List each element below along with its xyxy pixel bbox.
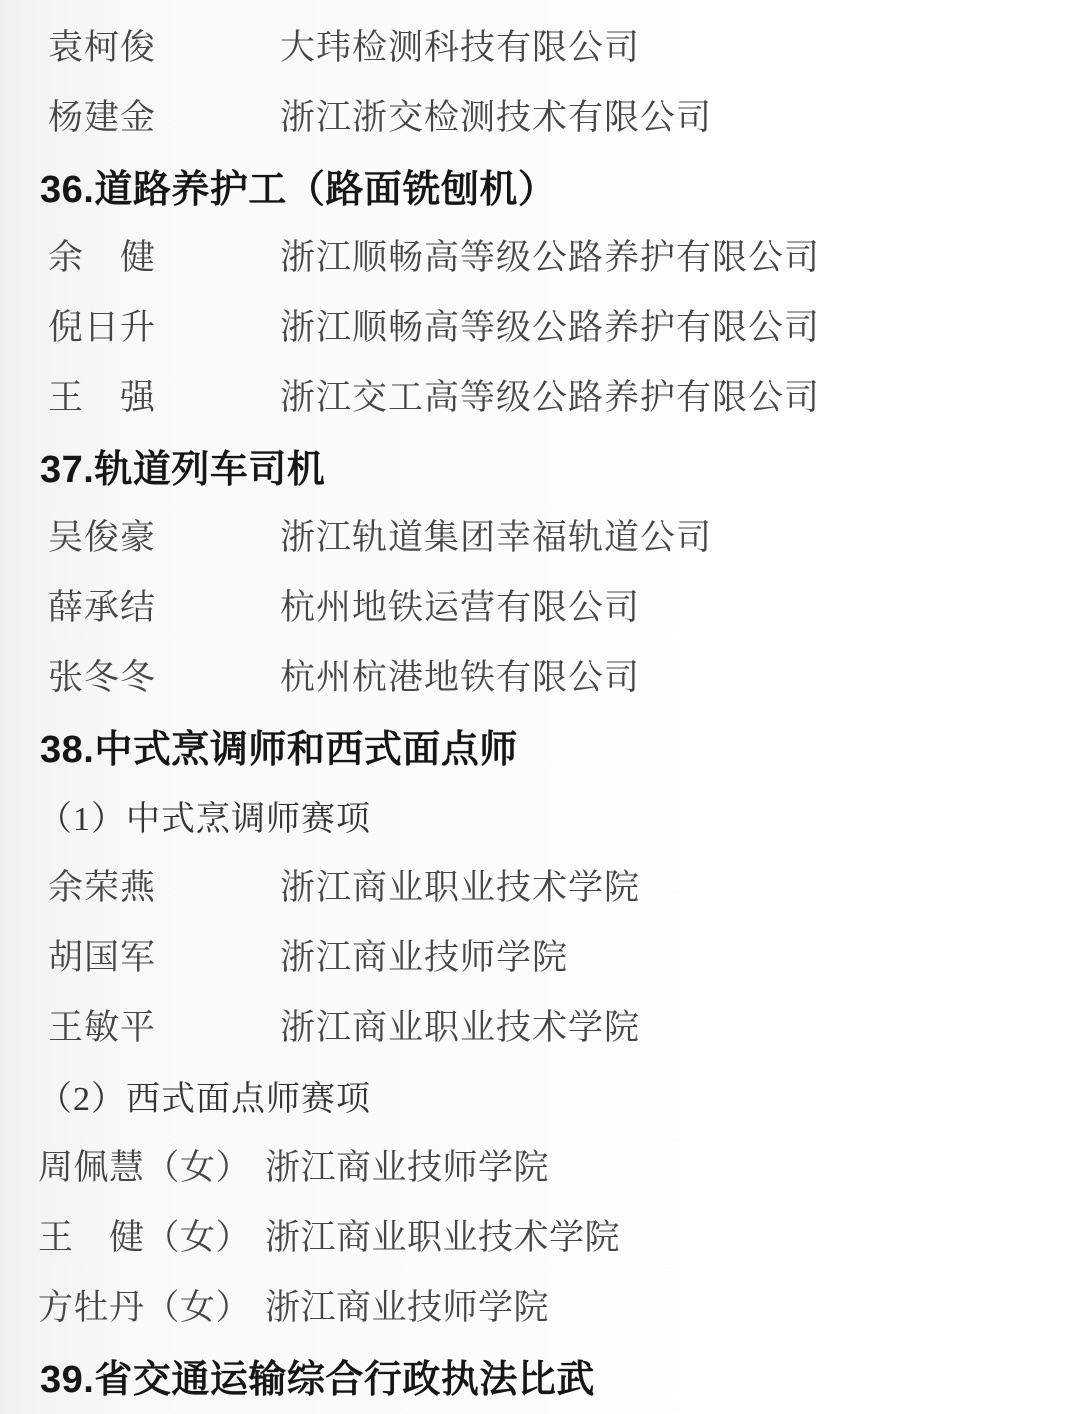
entry-row: 薛承结 杭州地铁运营有限公司 (0, 570, 1080, 640)
entry-name: 袁柯俊 (48, 20, 280, 70)
entry-row: 方牡丹（女） 浙江商业技师学院 (0, 1270, 1080, 1340)
entry-row: 倪日升 浙江顺畅高等级公路养护有限公司 (0, 290, 1080, 360)
entry-company: 杭州地铁运营有限公司 (280, 580, 640, 630)
entry-company: 浙江顺畅高等级公路养护有限公司 (280, 230, 820, 280)
subsection-heading-text: （2）西式面点师赛项 (38, 1071, 371, 1120)
section-heading-text: 38.中式烹调师和西式面点师 (40, 718, 518, 773)
document-page: 袁柯俊 大玮检测科技有限公司 杨建金 浙江浙交检测技术有限公司 36.道路养护工… (0, 0, 1080, 1414)
entry-name: 余荣燕 (48, 860, 280, 910)
section-heading-text: 39.省交通运输综合行政执法比武 (40, 1348, 595, 1403)
entry-name: 杨建金 (48, 90, 280, 140)
entry-row: 王 健（女） 浙江商业职业技术学院 (0, 1200, 1080, 1270)
entry-row: 吴俊豪 浙江轨道集团幸福轨道公司 (0, 500, 1080, 570)
entry-row: 王敏平 浙江商业职业技术学院 (0, 990, 1080, 1060)
entry-name: 胡国军 (48, 930, 280, 980)
entry-company: 浙江交工高等级公路养护有限公司 (280, 370, 820, 420)
entry-company: 浙江商业技师学院 (265, 1280, 549, 1330)
entry-row: 袁柯俊 大玮检测科技有限公司 (0, 10, 1080, 80)
entry-name: 王 强 (48, 370, 280, 420)
section-heading-text: 37.轨道列车司机 (40, 438, 325, 493)
subsection-heading-2: （2）西式面点师赛项 (0, 1060, 1080, 1130)
entry-row: 余 健 浙江顺畅高等级公路养护有限公司 (0, 220, 1080, 290)
subsection-heading-text: （1）中式烹调师赛项 (38, 791, 371, 840)
entry-row: 张冬冬 杭州杭港地铁有限公司 (0, 640, 1080, 710)
section-heading-text: 36.道路养护工（路面铣刨机） (40, 158, 556, 213)
entry-company: 浙江商业技师学院 (280, 930, 568, 980)
entry-row: 胡国军 浙江商业技师学院 (0, 920, 1080, 990)
entry-name: 王敏平 (48, 1000, 280, 1050)
entry-name: 余 健 (48, 230, 280, 280)
entry-company: 浙江轨道集团幸福轨道公司 (280, 510, 712, 560)
entry-name: 方牡丹（女） (38, 1280, 251, 1330)
entry-name: 薛承结 (48, 580, 280, 630)
entry-name: 张冬冬 (48, 650, 280, 700)
entry-company: 浙江商业技师学院 (265, 1140, 549, 1190)
section-heading-36: 36.道路养护工（路面铣刨机） (0, 150, 1080, 220)
entry-company: 浙江商业职业技术学院 (280, 860, 640, 910)
section-heading-38: 38.中式烹调师和西式面点师 (0, 710, 1080, 780)
entry-row: 杨建金 浙江浙交检测技术有限公司 (0, 80, 1080, 150)
entry-name: 倪日升 (48, 300, 280, 350)
entry-company: 浙江顺畅高等级公路养护有限公司 (280, 300, 820, 350)
section-heading-37: 37.轨道列车司机 (0, 430, 1080, 500)
entry-name: 周佩慧（女） (38, 1140, 251, 1190)
entry-company: 大玮检测科技有限公司 (280, 20, 640, 70)
entry-company: 浙江商业职业技术学院 (265, 1210, 620, 1260)
entry-row: 余荣燕 浙江商业职业技术学院 (0, 850, 1080, 920)
entry-company: 浙江商业职业技术学院 (280, 1000, 640, 1050)
entry-row: 王 强 浙江交工高等级公路养护有限公司 (0, 360, 1080, 430)
entry-name: 吴俊豪 (48, 510, 280, 560)
entry-company: 杭州杭港地铁有限公司 (280, 650, 640, 700)
entry-company: 浙江浙交检测技术有限公司 (280, 90, 712, 140)
subsection-heading-1: （1）中式烹调师赛项 (0, 780, 1080, 850)
entry-name: 王 健（女） (38, 1210, 251, 1260)
entry-row: 周佩慧（女） 浙江商业技师学院 (0, 1130, 1080, 1200)
section-heading-39: 39.省交通运输综合行政执法比武 (0, 1340, 1080, 1410)
